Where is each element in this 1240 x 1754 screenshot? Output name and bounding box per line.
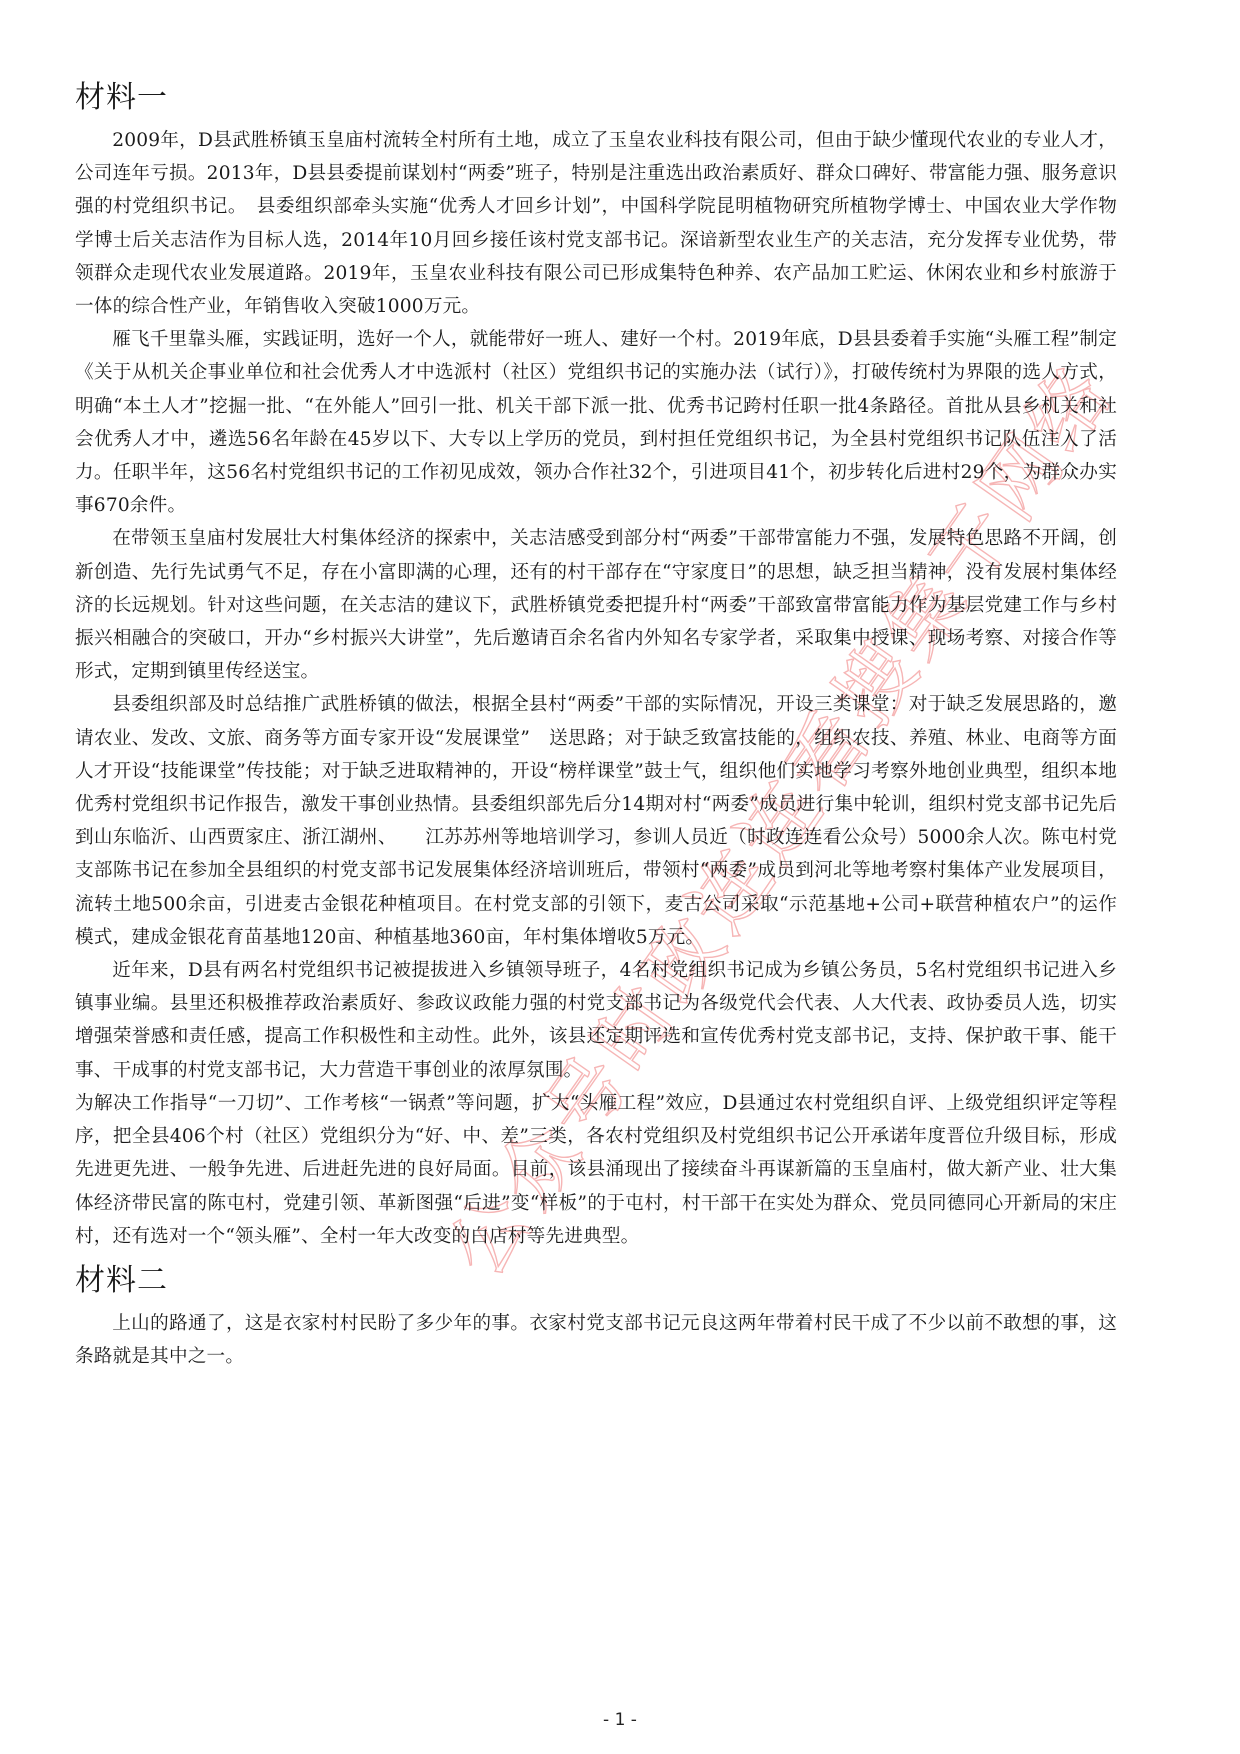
paragraph: 在带领玉皇庙村发展壮大村集体经济的探索中，关志洁感受到部分村“两委”干部带富能力… xyxy=(75,522,1117,688)
paragraph: 2009年，D县武胜桥镇玉皇庙村流转全村所有土地，成立了玉皇农业科技有限公司，但… xyxy=(75,124,1117,323)
paragraph: 雁飞千里靠头雁，实践证明，选好一个人，就能带好一班人、建好一个村。2019年底，… xyxy=(75,323,1117,522)
page-number: - 1 - xyxy=(0,1710,1240,1730)
document-page: 材料一 2009年，D县武胜桥镇玉皇庙村流转全村所有土地，成立了玉皇农业科技有限… xyxy=(75,70,1117,1373)
section-material-one: 材料一 2009年，D县武胜桥镇玉皇庙村流转全村所有土地，成立了玉皇农业科技有限… xyxy=(75,76,1117,1253)
section-heading: 材料二 xyxy=(75,1259,1117,1303)
paragraph: 为解决工作指导“一刀切”、工作考核“一锅煮”等问题，扩大“头雁工程”效应，D县通… xyxy=(75,1087,1117,1253)
section-material-two: 材料二 上山的路通了，这是衣家村村民盼了多少年的事。衣家村党支部书记元良这两年带… xyxy=(75,1259,1117,1373)
paragraph: 近年来，D县有两名村党组织书记被提拔进入乡镇领导班子，4名村党组织书记成为乡镇公… xyxy=(75,954,1117,1087)
paragraph: 上山的路通了，这是衣家村村民盼了多少年的事。衣家村党支部书记元良这两年带着村民干… xyxy=(75,1307,1117,1373)
section-heading: 材料一 xyxy=(75,76,1117,120)
paragraph: 县委组织部及时总结推广武胜桥镇的做法，根据全县村“两委”干部的实际情况，开设三类… xyxy=(75,688,1117,954)
